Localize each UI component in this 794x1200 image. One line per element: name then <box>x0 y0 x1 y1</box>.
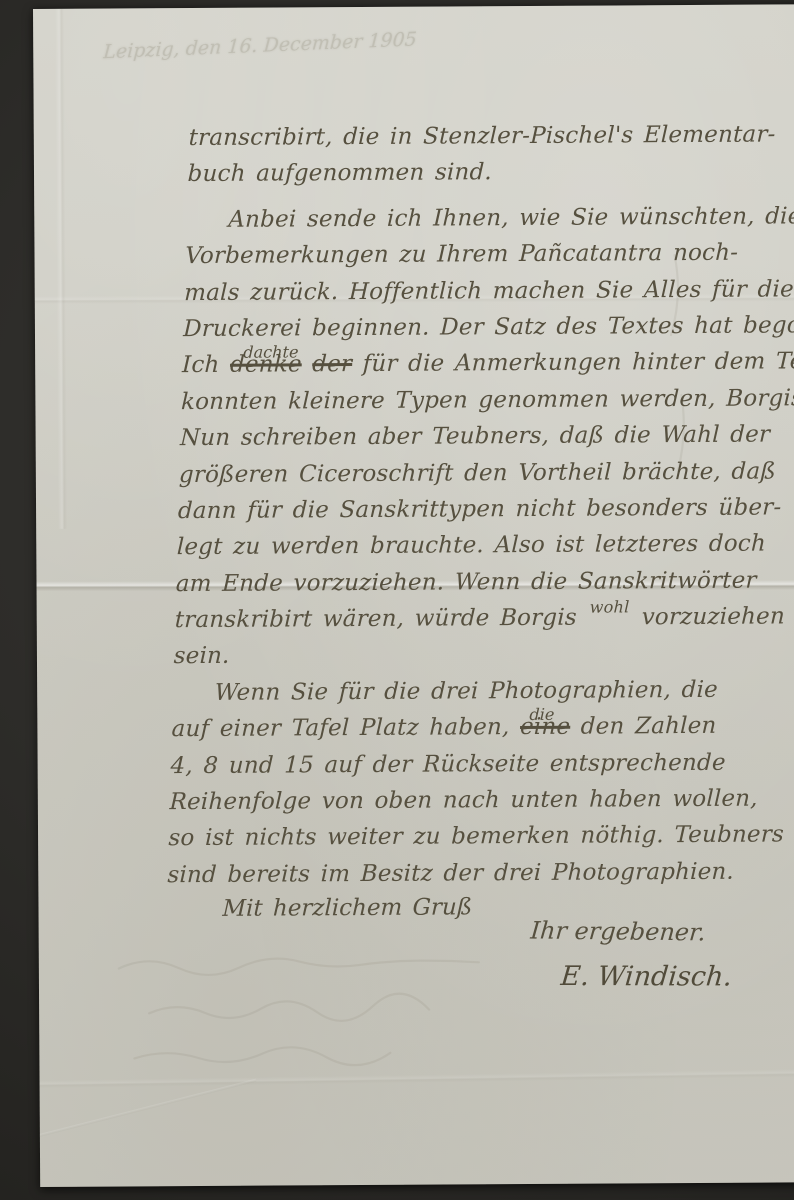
handwriting-text: buch aufgenommen sind. <box>187 160 492 188</box>
handwriting-text <box>301 352 312 378</box>
handwriting-text: Nun schreiben aber Teubners, daß die Wah… <box>180 422 771 452</box>
handwriting-text: am Ende vorzuziehen. Wenn die Sanskritwö… <box>175 567 757 597</box>
correction: der <box>312 346 353 383</box>
handwriting-line: legt zu werden brauchte. Also ist letzte… <box>176 526 794 566</box>
handwriting-text: mals zurück. Hoffentlich machen Sie Alle… <box>184 276 794 306</box>
handwriting-line: transkribirt wären, würde Borgis wohl vo… <box>174 598 794 638</box>
handwriting-text: sein. <box>173 643 230 669</box>
handwriting-text: transcribirt, die in Stenzler-Pischel's … <box>188 121 776 151</box>
handwriting-text: 4, 8 und 15 auf der Rückseite entspreche… <box>170 749 726 778</box>
handwriting-text: transkribirt wären, würde Borgis <box>174 605 587 634</box>
signature: E. Windisch. <box>560 961 734 992</box>
handwriting-line: am Ende vorzuziehen. Wenn die Sanskritwö… <box>175 562 794 602</box>
handwriting-line: konnten kleinere Typen genommen werden, … <box>181 380 794 420</box>
handwriting-line: Nun schreiben aber Teubners, daß die Wah… <box>179 416 794 456</box>
correction: einedie <box>520 709 571 746</box>
handwriting-line: dann für die Sanskrittypen nicht besonde… <box>177 489 794 529</box>
handwriting-text: Reihenfolge von oben nach unten haben wo… <box>169 786 758 816</box>
handwriting-text: für die Anmerkungen hinter dem Texte <box>352 348 794 377</box>
handwriting-line: sein. <box>173 635 794 675</box>
handwriting-text: Anbei sende ich Ihnen, wie Sie wünschten… <box>228 203 794 233</box>
letter-body: transcribirt, die in Stenzler-Pischel's … <box>167 116 794 893</box>
handwriting-text: auf einer Tafel Platz haben, <box>171 714 520 742</box>
paragraph: transcribirt, die in Stenzler-Pischel's … <box>187 116 794 193</box>
handwriting-line: transcribirt, die in Stenzler-Pischel's … <box>188 116 794 156</box>
fold-crease-lower <box>33 1069 794 1089</box>
inserted-word: wohl <box>589 597 629 616</box>
handwriting-text: vorzuziehen <box>631 603 786 630</box>
bleed-through-date: Leipzig, den 16. December 1905 <box>103 26 484 64</box>
handwriting-line: buch aufgenommen sind. <box>187 153 794 193</box>
handwriting-line: auf einer Tafel Platz haben, einedie den… <box>171 708 794 748</box>
handwriting-line: Vorbemerkungen zu Ihrem Pañcatantra noch… <box>185 234 794 274</box>
handwriting-text: dann für die Sanskrittypen nicht besonde… <box>178 494 782 524</box>
handwriting-text: Wenn Sie für die drei Photographien, die <box>214 677 718 706</box>
handwriting-line: sind bereits im Besitz der drei Photogra… <box>167 853 794 893</box>
handwriting-text: legt zu werden brauchte. Also ist letzte… <box>176 531 766 561</box>
handwriting-text: sind bereits im Besitz der drei Photogra… <box>167 859 734 888</box>
handwriting-line: größeren Ciceroschrift den Vortheil bräc… <box>178 453 794 493</box>
handwriting-text: Vorbemerkungen zu Ihrem Pañcatantra noch… <box>185 240 739 269</box>
handwriting-line: Ich denkedachte der für die Anmerkungen … <box>182 344 794 384</box>
letter-page: Leipzig, den 16. December 1905 transcrib… <box>33 4 794 1187</box>
handwriting-line: Wenn Sie für die drei Photographien, die <box>172 671 794 711</box>
handwriting-text: den Zahlen <box>570 713 717 740</box>
handwriting-text: so ist nichts weiter zu bemerken nöthig.… <box>168 822 784 852</box>
diagonal-crease <box>33 1079 256 1141</box>
valediction: Ihr ergebener. <box>530 916 707 946</box>
handwriting-text: Ich <box>182 352 231 378</box>
vertical-crease <box>55 9 67 529</box>
strikethrough-word: der <box>312 351 353 377</box>
photo-mat: Leipzig, den 16. December 1905 transcrib… <box>0 0 794 1200</box>
correction: denkedachte <box>229 347 302 384</box>
paragraph: Anbei sende ich Ihnen, wie Sie wünschten… <box>173 198 794 675</box>
inserted-word: dachte <box>243 334 299 371</box>
closing-salutation: Mit herzlichem Gruß <box>222 894 472 922</box>
handwriting-line: Anbei sende ich Ihnen, wie Sie wünschten… <box>186 198 794 238</box>
paragraph: Wenn Sie für die drei Photographien, die… <box>167 671 794 893</box>
handwriting-line: 4, 8 und 15 auf der Rückseite entspreche… <box>170 744 794 784</box>
handwriting-line: mals zurück. Hoffentlich machen Sie Alle… <box>184 271 794 311</box>
handwriting-line: so ist nichts weiter zu bemerken nöthig.… <box>168 817 794 857</box>
handwriting-line: Reihenfolge von oben nach unten haben wo… <box>169 780 794 820</box>
handwriting-text: konnten kleinere Typen genommen werden, … <box>181 385 794 415</box>
inserted-word: die <box>529 697 555 734</box>
handwriting-text: größeren Ciceroschrift den Vortheil bräc… <box>179 458 777 488</box>
